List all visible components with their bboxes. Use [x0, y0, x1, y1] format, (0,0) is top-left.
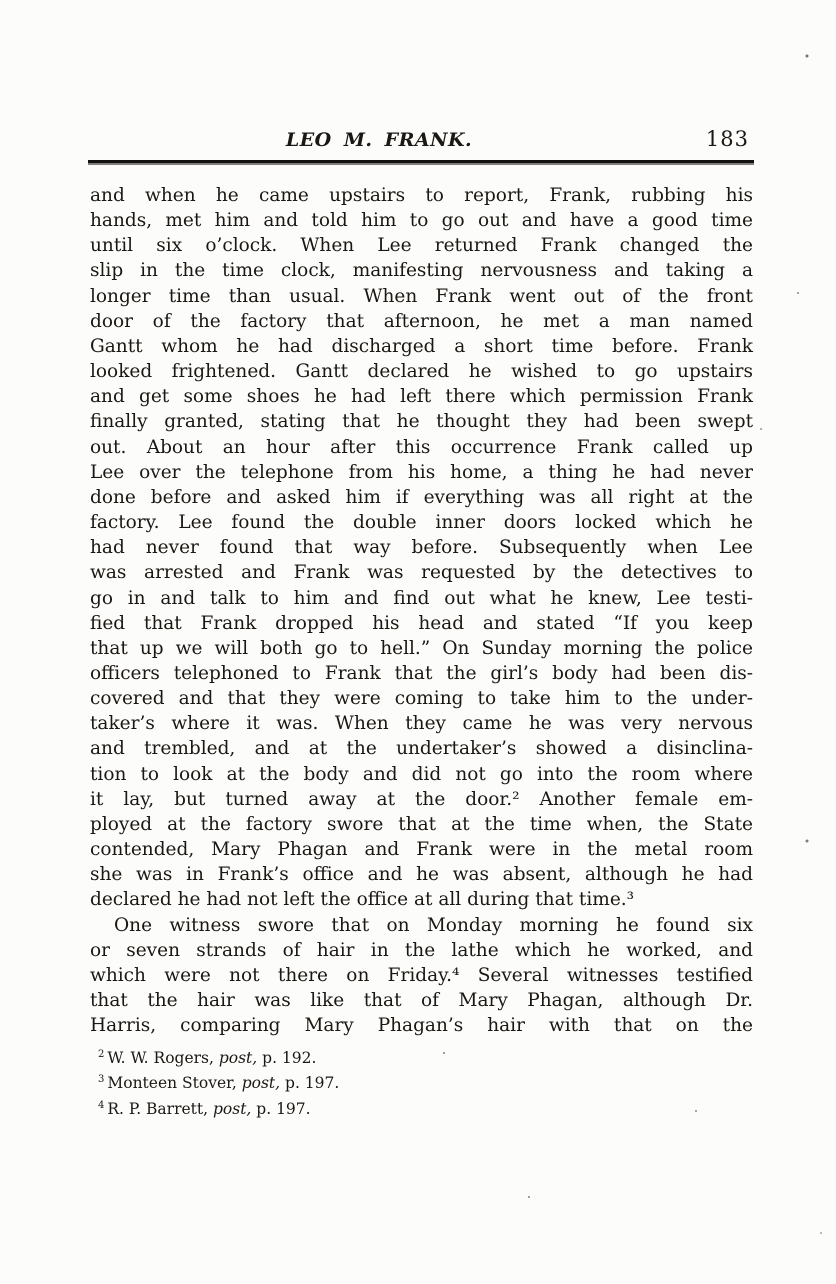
text-line: One witness swore that on Monday morning…: [90, 913, 753, 938]
text-line: hands, met him and told him to go out an…: [90, 208, 753, 233]
text-line: ployed at the factory swore that at the …: [90, 812, 753, 837]
running-title: LEO M. FRANK.: [90, 129, 668, 151]
text-line: taker’s where it was. When they came he …: [90, 711, 753, 736]
text-line: covered and that they were coming to tak…: [90, 686, 753, 711]
footnote-marker: 4: [98, 1100, 104, 1111]
footnote: 3Monteen Stover, post, p. 197.: [98, 1069, 698, 1094]
footnote-italic: post,: [219, 1049, 257, 1067]
text-line: was arrested and Frank was requested by …: [90, 560, 753, 585]
header-rule: [88, 160, 754, 163]
text-line: or seven strands of hair in the lathe wh…: [90, 938, 753, 963]
text-line: contended, Mary Phagan and Frank were in…: [90, 837, 753, 862]
text-line: and get some shoes he had left there whi…: [90, 384, 753, 409]
text-line: longer time than usual. When Frank went …: [90, 284, 753, 309]
footnote-text: R. P. Barrett,: [107, 1100, 213, 1118]
text-line: go in and talk to him and find out what …: [90, 586, 753, 611]
text-line: out. About an hour after this occurrence…: [90, 435, 753, 460]
paragraph: One witness swore that on Monday morning…: [90, 913, 753, 1039]
footnote: 4R. P. Barrett, post, p. 197.: [98, 1095, 698, 1120]
scan-speck-layer: [0, 0, 2, 2]
text-line: Harris, comparing Mary Phagan’s hair wit…: [90, 1013, 753, 1038]
footnote-marker: 2: [98, 1049, 104, 1060]
body-text: and when he came upstairs to report, Fra…: [90, 183, 753, 1038]
text-line: slip in the time clock, manifesting nerv…: [90, 258, 753, 283]
text-line: fied that Frank dropped his head and sta…: [90, 611, 753, 636]
text-line: and trembled, and at the undertaker’s sh…: [90, 736, 753, 761]
text-line: Gantt whom he had discharged a short tim…: [90, 334, 753, 359]
text-line: which were not there on Friday.⁴ Several…: [90, 963, 753, 988]
footnote-text: p. 197.: [251, 1100, 310, 1118]
footnote-italic: post,: [213, 1100, 251, 1118]
text-line: Lee over the telephone from his home, a …: [90, 460, 753, 485]
text-line: declared he had not left the office at a…: [90, 887, 753, 912]
footnote-text: p. 192.: [257, 1049, 316, 1067]
text-line: done before and asked him if everything …: [90, 485, 753, 510]
footnotes-block: 2W. W. Rogers, post, p. 192. 3Monteen St…: [98, 1044, 698, 1120]
footnote-text: Monteen Stover,: [107, 1075, 241, 1093]
footnote: 2W. W. Rogers, post, p. 192.: [98, 1044, 698, 1069]
page-number: 183: [706, 127, 749, 151]
footnote-text: p. 197.: [280, 1075, 339, 1093]
text-line: she was in Frank’s office and he was abs…: [90, 862, 753, 887]
text-line: tion to look at the body and did not go …: [90, 762, 753, 787]
text-line: door of the factory that afternoon, he m…: [90, 309, 753, 334]
text-line: officers telephoned to Frank that the gi…: [90, 661, 753, 686]
text-line: that the hair was like that of Mary Phag…: [90, 988, 753, 1013]
text-line: that up we will both go to hell.” On Sun…: [90, 636, 753, 661]
book-page: LEO M. FRANK. 183 and when he came upsta…: [0, 0, 836, 1284]
text-line: until six o’clock. When Lee returned Fra…: [90, 233, 753, 258]
paragraph: and when he came upstairs to report, Fra…: [90, 183, 753, 913]
running-header: LEO M. FRANK. 183: [90, 127, 753, 157]
text-line: it lay, but turned away at the door.² An…: [90, 787, 753, 812]
text-line: factory. Lee found the double inner door…: [90, 510, 753, 535]
footnote-marker: 3: [98, 1074, 104, 1085]
footnote-italic: post,: [242, 1075, 280, 1093]
footnote-text: W. W. Rogers,: [107, 1049, 218, 1067]
text-line: looked frightened. Gantt declared he wis…: [90, 359, 753, 384]
text-line: and when he came upstairs to report, Fra…: [90, 183, 753, 208]
text-line: had never found that way before. Subsequ…: [90, 535, 753, 560]
text-line: finally granted, stating that he thought…: [90, 409, 753, 434]
